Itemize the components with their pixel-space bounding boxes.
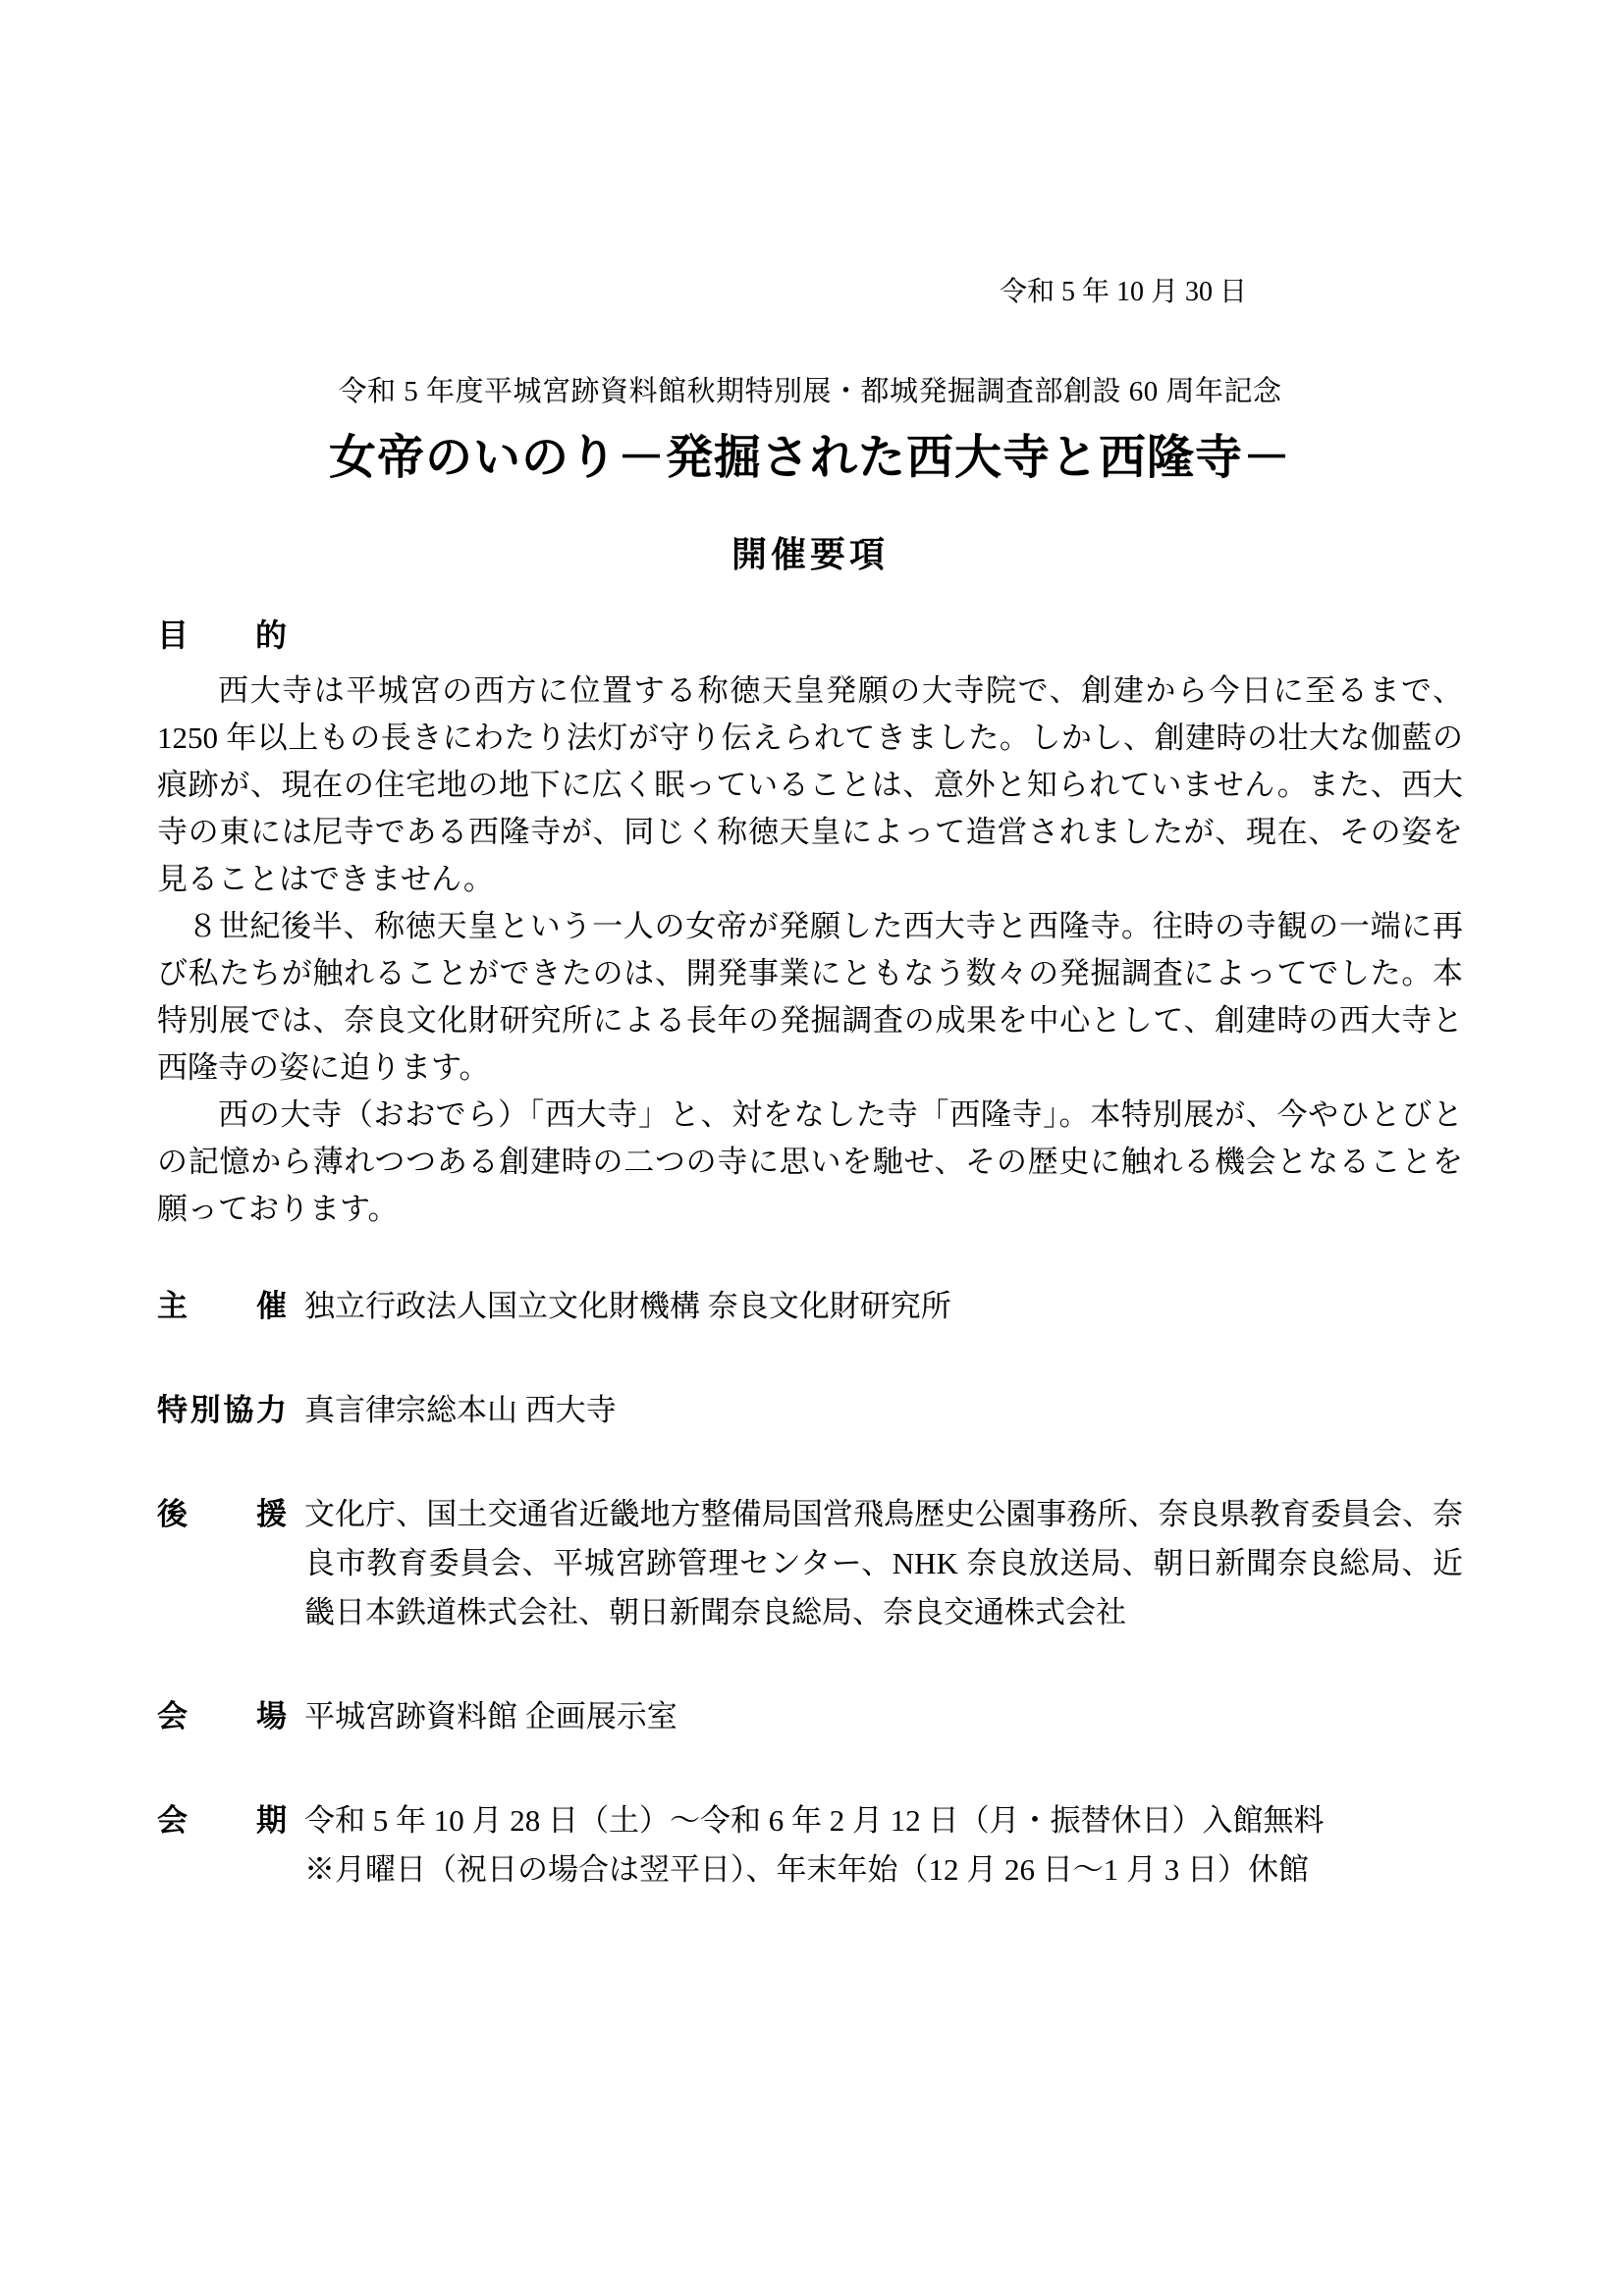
detail-row-organizer: 主 催 独立行政法人国立文化財機構 奈良文化財研究所 [157, 1282, 1463, 1331]
detail-value: 文化庁、国土交通省近畿地方整備局国営飛鳥歴史公園事務所、奈良県教育委員会、奈良市… [304, 1490, 1463, 1637]
detail-row-special-cooperation: 特別協力 真言律宗総本山 西大寺 [157, 1386, 1463, 1435]
detail-value: 独立行政法人国立文化財機構 奈良文化財研究所 [304, 1282, 1463, 1331]
detail-value: 平城宮跡資料館 企画展示室 [304, 1692, 1463, 1741]
detail-label: 主 催 [157, 1282, 287, 1331]
period-line: 令和 5 年 10 月 28 日（土）～令和 6 年 2 月 12 日（月・振替… [304, 1796, 1463, 1845]
purpose-section: 目 的 西大寺は平城宮の西方に位置する称徳天皇発願の大寺院で、創建から今日に至る… [157, 614, 1463, 1233]
date-line: 令和 5 年 10 月 30 日 [157, 277, 1463, 308]
detail-label: 後 援 [157, 1490, 287, 1539]
detail-label: 会 期 [157, 1796, 287, 1845]
exhibition-subtitle: 令和 5 年度平城宮跡資料館秋期特別展・都城発掘調査部創設 60 周年記念 [157, 373, 1463, 410]
detail-value: 令和 5 年 10 月 28 日（土）～令和 6 年 2 月 12 日（月・振替… [304, 1796, 1463, 1895]
document-body: 令和 5 年 10 月 30 日 令和 5 年度平城宮跡資料館秋期特別展・都城発… [157, 0, 1463, 1895]
purpose-label: 目 的 [157, 614, 287, 656]
detail-row-support: 後 援 文化庁、国土交通省近畿地方整備局国営飛鳥歴史公園事務所、奈良県教育委員会… [157, 1490, 1463, 1637]
purpose-paragraph: ８世紀後半、称徳天皇という一人の女帝が発願した西大寺と西隆寺。往時の寺観の一端に… [157, 903, 1463, 1092]
section-heading: 開催要項 [157, 532, 1463, 577]
exhibition-title: 女帝のいのり－発掘された西大寺と西隆寺－ [157, 428, 1463, 489]
purpose-paragraph: 西の大寺（おおでら）「西大寺」と、対をなした寺「西隆寺」。本特別展が、今やひとび… [157, 1092, 1463, 1233]
purpose-paragraph: 西大寺は平城宮の西方に位置する称徳天皇発願の大寺院で、創建から今日に至るまで、1… [157, 667, 1463, 903]
detail-row-venue: 会 場 平城宮跡資料館 企画展示室 [157, 1692, 1463, 1741]
period-note-line: ※月曜日（祝日の場合は翌平日）、年末年始（12 月 26 日～1 月 3 日）休… [304, 1845, 1463, 1895]
detail-value: 真言律宗総本山 西大寺 [304, 1386, 1463, 1435]
detail-label: 会 場 [157, 1692, 287, 1741]
details-section: 主 催 独立行政法人国立文化財機構 奈良文化財研究所 特別協力 真言律宗総本山 … [157, 1282, 1463, 1895]
detail-label: 特別協力 [157, 1386, 287, 1435]
document-page: 令和 5 年 10 月 30 日 令和 5 年度平城宮跡資料館秋期特別展・都城発… [0, 0, 1624, 2296]
detail-row-period: 会 期 令和 5 年 10 月 28 日（土）～令和 6 年 2 月 12 日（… [157, 1796, 1463, 1895]
